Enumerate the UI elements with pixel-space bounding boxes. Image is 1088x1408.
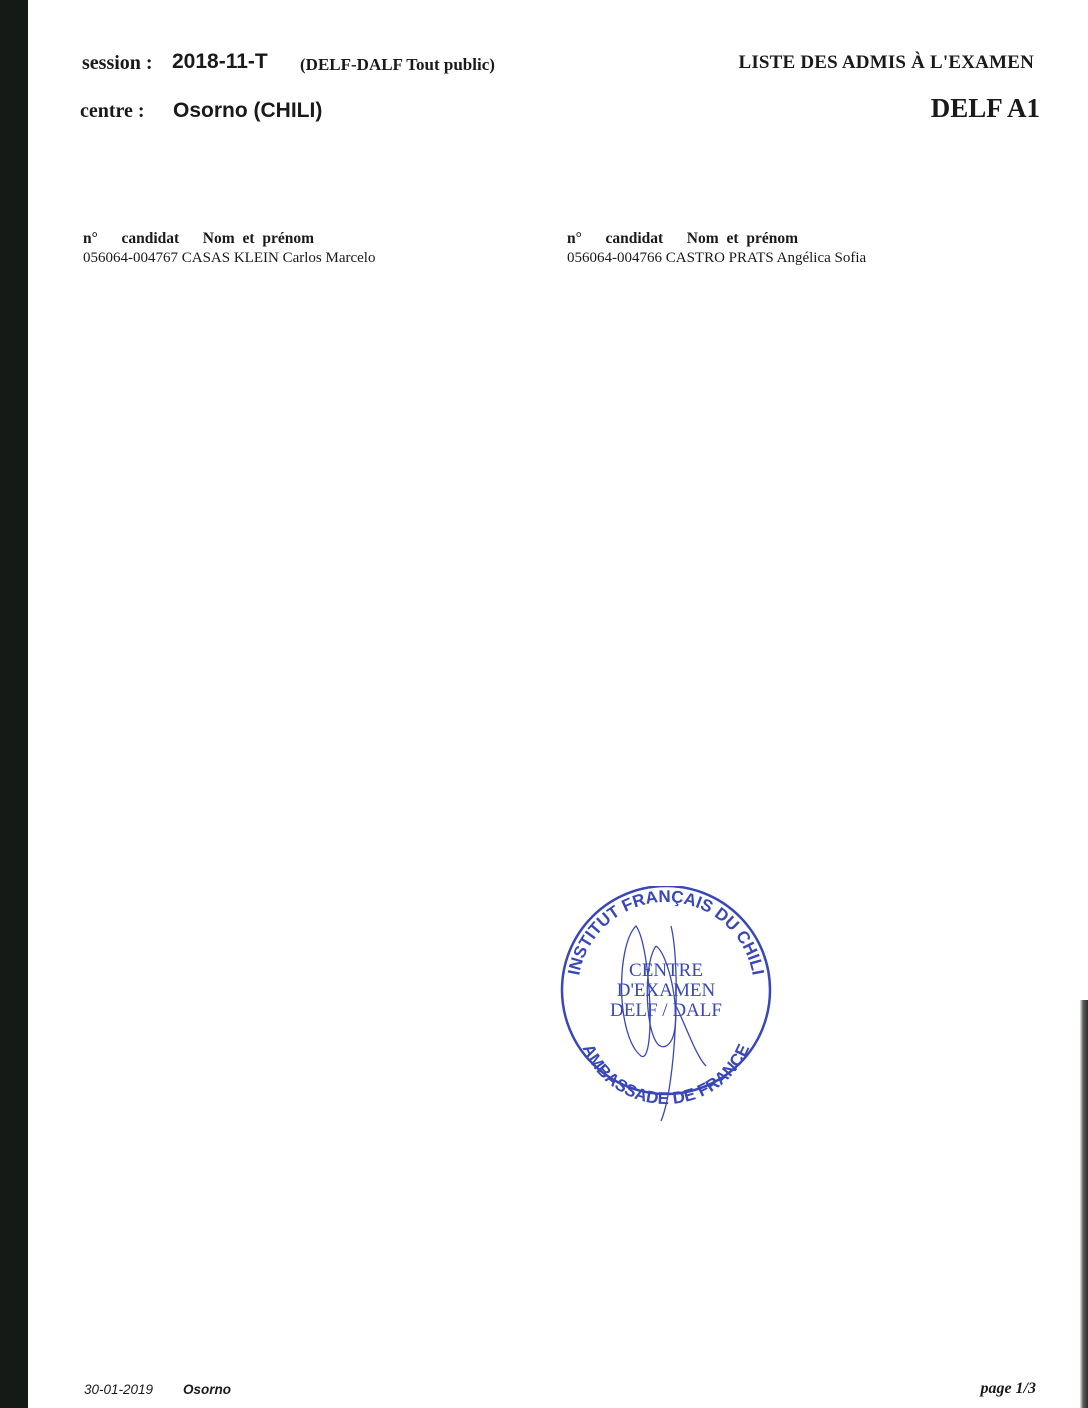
stamp-bottom-text: AMBASSADE DE FRANCE [579,1041,754,1108]
candidate-number: 056064-004767 [83,250,178,266]
session-type: (DELF-DALF Tout public) [300,55,495,75]
centre-label: centre : [80,100,145,123]
candidate-column-right: n° candidat Nom et prénom 056064-004766 … [567,230,866,267]
official-stamp-icon: INSTITUT FRANÇAIS DU CHILI AMBASSADE DE … [556,886,776,1128]
page-number: page 1/3 [980,1380,1036,1398]
column-header: n° candidat Nom et prénom [567,230,866,248]
footer-date: 30-01-2019 [84,1382,153,1397]
candidate-number: 056064-004766 [567,250,662,266]
column-header: n° candidat Nom et prénom [83,230,375,248]
session-label: session : [82,52,153,75]
list-item: 056064-004766 CASTRO PRATS Angélica Sofi… [567,250,866,267]
list-title: LISTE DES ADMIS À L'EXAMEN [738,52,1034,74]
svg-text:AMBASSADE DE FRANCE: AMBASSADE DE FRANCE [579,1041,754,1108]
candidate-name: CASAS KLEIN Carlos Marcelo [182,250,376,266]
scan-right-edge [1080,1000,1088,1408]
stamp-line-2: D'EXAMEN [617,980,716,1001]
scan-left-border [0,0,28,1408]
stamp-line-3: DELF / DALF [610,1000,722,1021]
footer-place: Osorno [183,1382,231,1397]
centre-value: Osorno (CHILI) [173,99,322,123]
candidate-column-left: n° candidat Nom et prénom 056064-004767 … [83,230,375,267]
session-value: 2018-11-T [172,50,268,74]
exam-level: DELF A1 [931,93,1040,124]
candidate-name: CASTRO PRATS Angélica Sofia [666,250,866,266]
list-item: 056064-004767 CASAS KLEIN Carlos Marcelo [83,250,375,267]
